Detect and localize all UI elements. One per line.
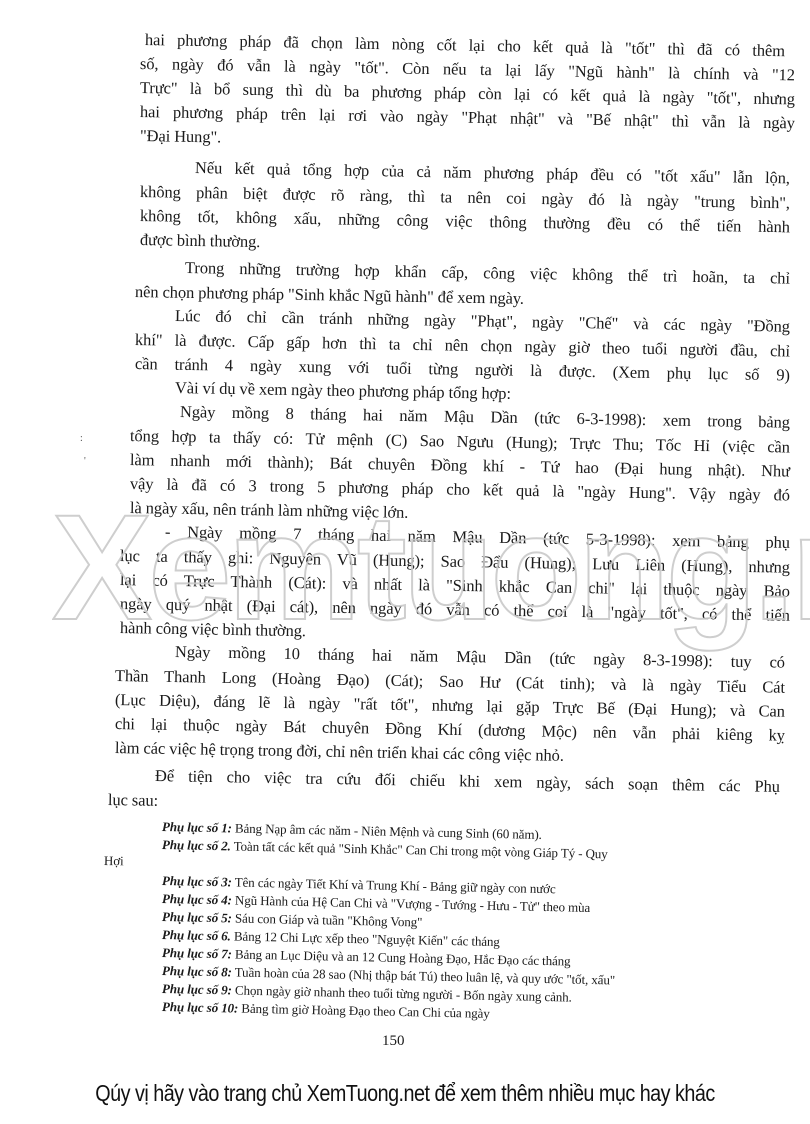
text-line: hành công việc bình thường. (120, 618, 306, 641)
text-line: được bình thường. (140, 230, 261, 252)
appendix-label: Phụ lục số 10: (162, 999, 239, 1016)
appendix-label: Phụ lục số 4: (162, 891, 232, 907)
appendix-description: Bảng tìm giờ Hoàng Đạo theo Can Chi của … (241, 1001, 490, 1021)
margin-mark: ' (84, 456, 86, 467)
appendix-label: Phụ lục số 9: (162, 981, 232, 997)
appendix-label: Phụ lục số 5: (162, 909, 232, 925)
scanned-book-page: hai phương pháp đã chọn làm nòng cốt lại… (0, 0, 810, 1065)
text-line: "Đại Hung". (140, 126, 221, 147)
appendix-wrap-text: Hợi (104, 852, 124, 869)
text-line: Để tiện cho việc tra cứu đối chiếu khi x… (155, 766, 780, 797)
text-line: nên chọn phương pháp "Sinh khắc Ngũ hành… (135, 282, 524, 309)
footer-banner[interactable]: Qúy vị hãy vào trang chủ XemTuong.net để… (57, 1080, 754, 1107)
text-line: Vài ví dụ về xem ngày theo phương pháp t… (175, 378, 511, 404)
appendix-label: Phụ lục số 2. (162, 837, 231, 853)
text-line: lục sau: (108, 790, 158, 811)
appendix-label: Phụ lục số 1: (162, 819, 232, 835)
appendix-label: Phụ lục số 8: (162, 963, 232, 979)
appendix-label: Phụ lục số 7: (162, 945, 232, 961)
page-number: 150 (382, 1033, 405, 1050)
margin-mark: : (80, 433, 83, 444)
appendix-description: Sáu con Giáp và tuần "Không Vong" (235, 911, 423, 930)
appendix-description: Toàn tất các kết quả "Sinh Khắc" Can Chi… (234, 839, 608, 862)
text-line: là ngày xấu, nên tránh làm những việc lớ… (130, 498, 409, 523)
appendix-label: Phụ lục số 3: (162, 873, 232, 889)
text-line: làm các việc hệ trọng trong đời, chỉ nên… (115, 738, 564, 766)
appendix-label: Phụ lục số 6. (162, 927, 231, 943)
